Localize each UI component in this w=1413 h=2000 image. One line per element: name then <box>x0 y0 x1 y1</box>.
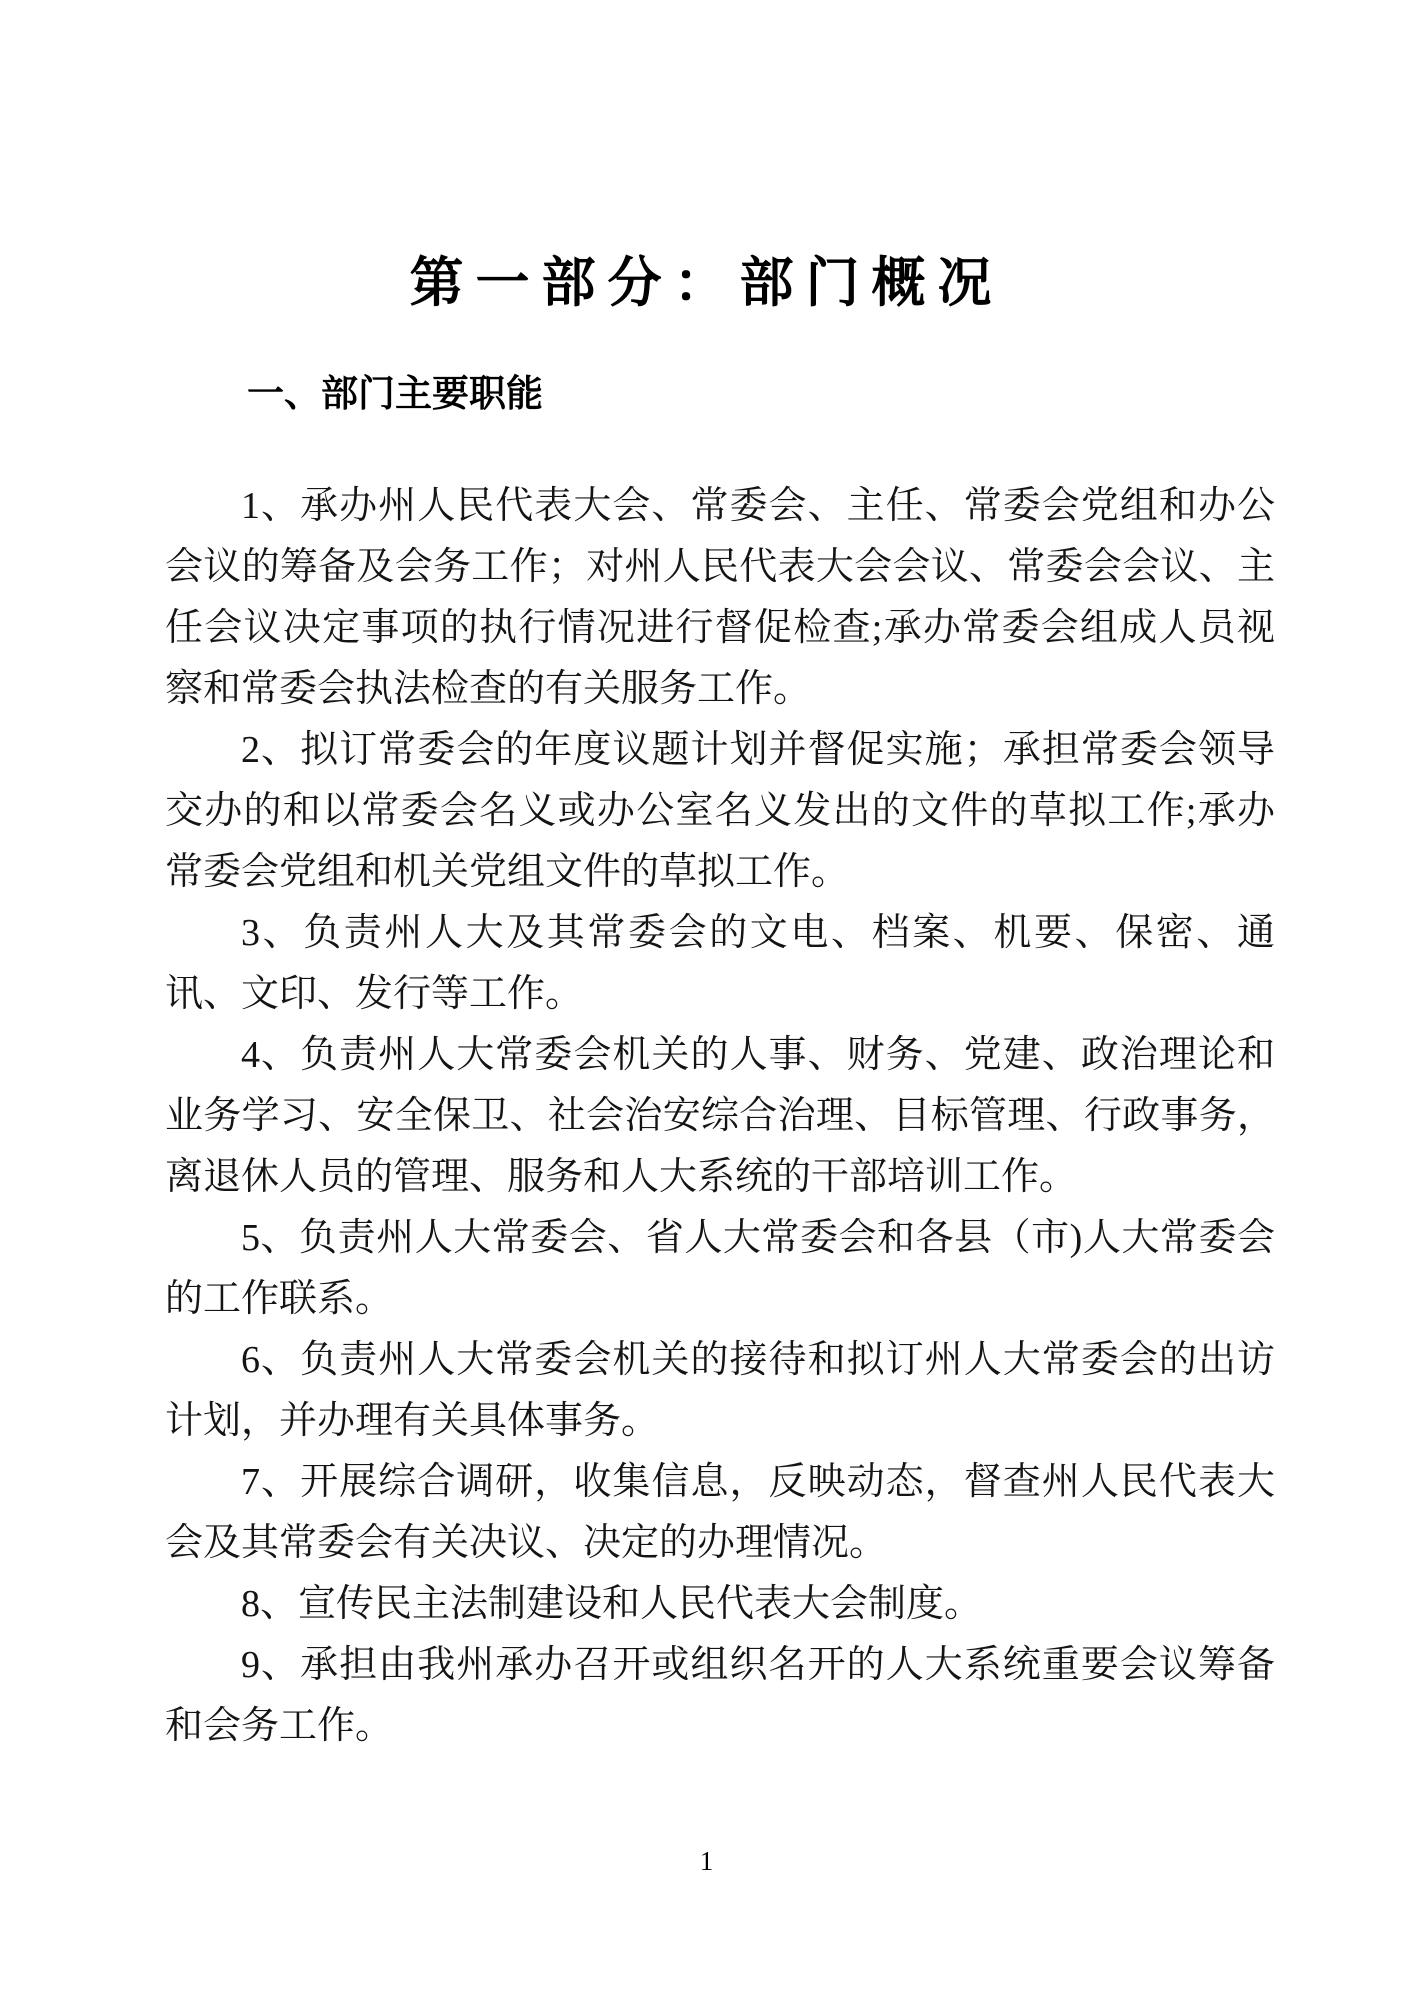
paragraph-5: 5、负责州人大常委会、省人大常委会和各县（市)人大常委会的工作联系。 <box>165 1208 1275 1330</box>
paragraph-8: 8、宣传民主法制建设和人民代表大会制度。 <box>165 1574 1275 1635</box>
section-heading: 一、部门主要职能 <box>247 372 543 416</box>
paragraph-4: 4、负责州人大常委会机关的人事、财务、党建、政治理论和业务学习、安全保卫、社会治… <box>165 1025 1275 1208</box>
paragraph-3: 3、负责州人大及其常委会的文电、档案、机要、保密、通讯、文印、发行等工作。 <box>165 903 1275 1025</box>
document-page: 第一部分：部门概况 一、部门主要职能 1、承办州人民代表大会、常委会、主任、常委… <box>0 0 1413 2000</box>
paragraph-7: 7、开展综合调研，收集信息，反映动态，督查州人民代表大会及其常委会有关决议、决定… <box>165 1452 1275 1574</box>
paragraph-2: 2、拟订常委会的年度议题计划并督促实施；承担常委会领导交办的和以常委会名义或办公… <box>165 720 1275 903</box>
paragraph-1: 1、承办州人民代表大会、常委会、主任、常委会党组和办公会议的筹备及会务工作；对州… <box>165 476 1275 720</box>
paragraph-6: 6、负责州人大常委会机关的接待和拟订州人大常委会的出访计划，并办理有关具体事务。 <box>165 1330 1275 1452</box>
paragraph-9: 9、承担由我州承办召开或组织名开的人大系统重要会议筹备和会务工作。 <box>165 1635 1275 1757</box>
document-title: 第一部分：部门概况 <box>0 240 1413 317</box>
page-number: 1 <box>0 1846 1413 1877</box>
document-body: 1、承办州人民代表大会、常委会、主任、常委会党组和办公会议的筹备及会务工作；对州… <box>165 476 1275 1757</box>
